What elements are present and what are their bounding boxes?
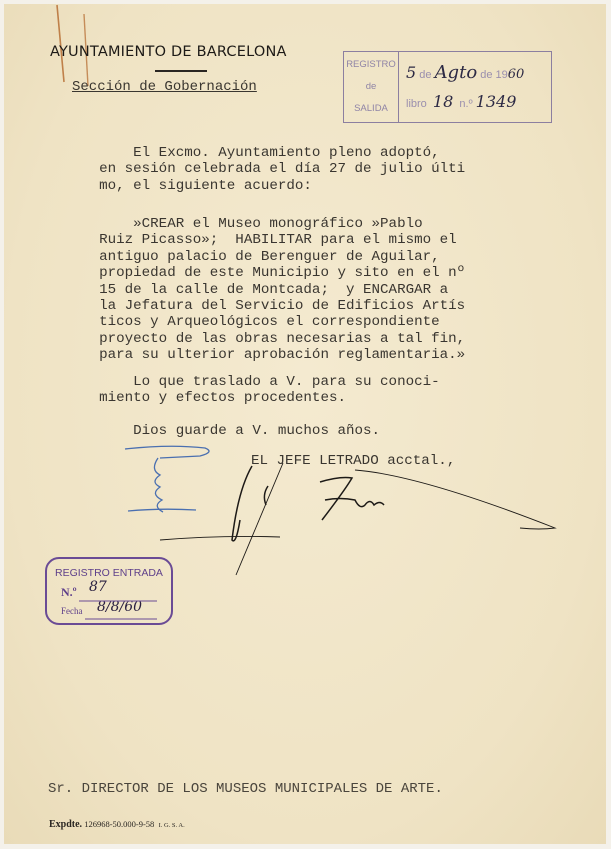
expdte-number: 126968-50.000-9-58 (84, 819, 154, 829)
file-reference: Expdte. 126968-50.000-9-58 I. G. S. A. (49, 819, 185, 830)
incoming-registry-stamp: REGISTRO ENTRADA N.º 87 Fecha 8/8/60 (45, 557, 173, 625)
stamp-lines (47, 559, 175, 627)
black-signature (160, 463, 555, 575)
expdte-label: Expdte. (49, 819, 82, 830)
printer-mark: I. G. S. A. (159, 822, 185, 829)
signatures (0, 0, 611, 849)
blue-initial-signature (125, 446, 209, 512)
addressee: Sr. DIRECTOR DE LOS MUSEOS MUNICIPALES D… (48, 781, 443, 797)
